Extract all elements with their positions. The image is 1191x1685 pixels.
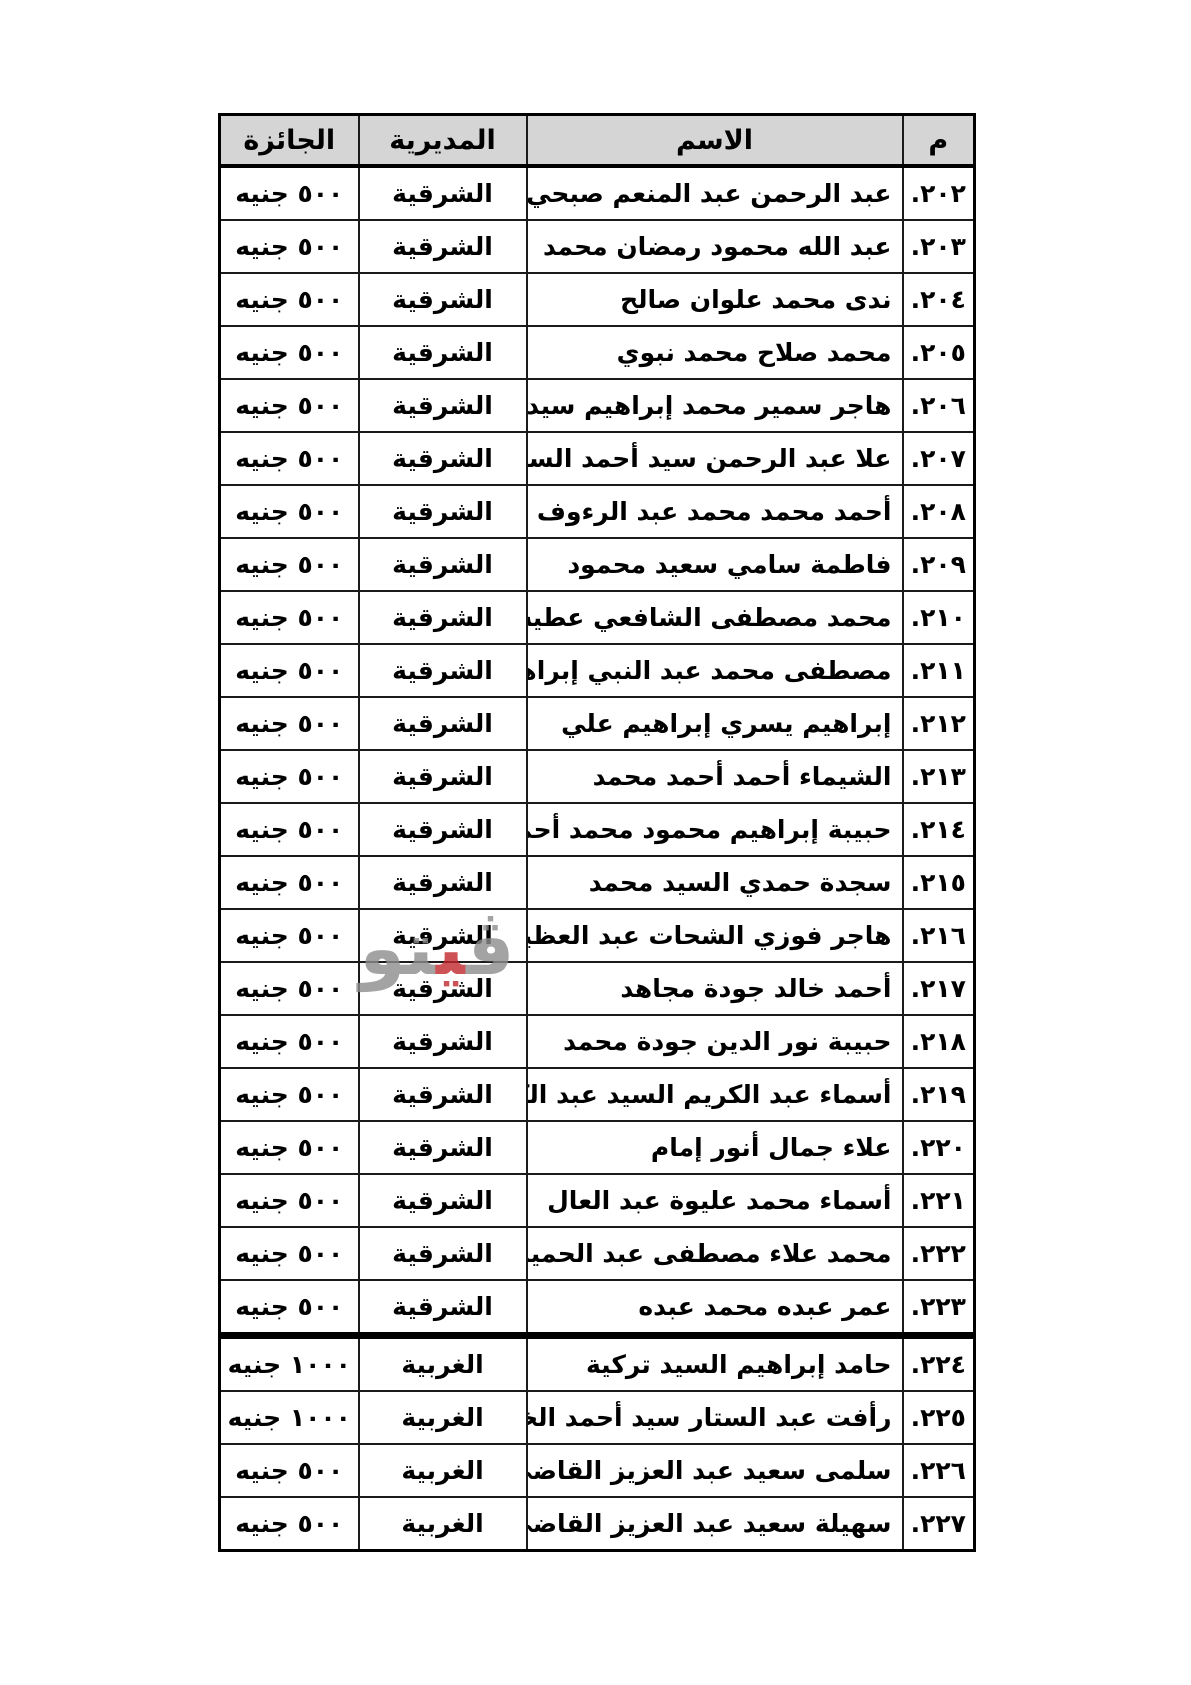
table-row: ٢٠٣. عبد الله محمود رمضان محمد الشرقية ٥…: [220, 220, 975, 273]
table-row: ٢١٢. إبراهيم يسري إبراهيم علي الشرقية ٥٠…: [220, 697, 975, 750]
table-row: ٢٠٩. فاطمة سامي سعيد محمود الشرقية ٥٠٠ ج…: [220, 538, 975, 591]
table-row: ٢١٤. حبيبة إبراهيم محمود محمد أحمد الشرق…: [220, 803, 975, 856]
header-directorate: المديرية: [359, 115, 527, 167]
directorate-cell: الشرقية: [359, 644, 527, 697]
table-row: ٢١٩. أسماء عبد الكريم السيد عبد الكريم ا…: [220, 1068, 975, 1121]
prize-cell: ٥٠٠ جنيه: [220, 909, 359, 962]
directorate-cell: الشرقية: [359, 1280, 527, 1336]
name-cell: عمر عبده محمد عبده: [527, 1280, 903, 1336]
directorate-cell: الشرقية: [359, 962, 527, 1015]
directorate-cell: الشرقية: [359, 1068, 527, 1121]
table-row: ٢١١. مصطفى محمد عبد النبي إبراهيم الشرقي…: [220, 644, 975, 697]
table-row: ٢٢٥. رأفت عبد الستار سيد أحمد الخطيب الغ…: [220, 1391, 975, 1444]
prize-cell: ٥٠٠ جنيه: [220, 644, 359, 697]
row-number-cell: ٢٠٢.: [903, 166, 975, 220]
name-cell: محمد علاء مصطفى عبد الحميد: [527, 1227, 903, 1280]
table-row: ٢٢٠. علاء جمال أنور إمام الشرقية ٥٠٠ جني…: [220, 1121, 975, 1174]
prize-cell: ٥٠٠ جنيه: [220, 750, 359, 803]
row-number-cell: ٢٠٦.: [903, 379, 975, 432]
directorate-cell: الشرقية: [359, 1227, 527, 1280]
header-number: م: [903, 115, 975, 167]
prize-cell: ٥٠٠ جنيه: [220, 538, 359, 591]
directorate-cell: الشرقية: [359, 432, 527, 485]
name-cell: علاء جمال أنور إمام: [527, 1121, 903, 1174]
table-row: ٢١٨. حبيبة نور الدين جودة محمد الشرقية ٥…: [220, 1015, 975, 1068]
prize-cell: ٥٠٠ جنيه: [220, 856, 359, 909]
directorate-cell: الشرقية: [359, 485, 527, 538]
name-cell: سهيلة سعيد عبد العزيز القاضي: [527, 1497, 903, 1551]
name-cell: سلمى سعيد عبد العزيز القاضي: [527, 1444, 903, 1497]
row-number-cell: ٢١٩.: [903, 1068, 975, 1121]
prize-cell: ١٠٠٠ جنيه: [220, 1336, 359, 1392]
directorate-cell: الغربية: [359, 1391, 527, 1444]
name-cell: الشيماء أحمد أحمد محمد: [527, 750, 903, 803]
prize-cell: ٥٠٠ جنيه: [220, 1174, 359, 1227]
prize-cell: ٥٠٠ جنيه: [220, 962, 359, 1015]
prize-cell: ٥٠٠ جنيه: [220, 591, 359, 644]
name-cell: عبد الله محمود رمضان محمد: [527, 220, 903, 273]
table-row: ٢٢٧. سهيلة سعيد عبد العزيز القاضي الغربي…: [220, 1497, 975, 1551]
directorate-cell: الشرقية: [359, 803, 527, 856]
row-number-cell: ٢٢٧.: [903, 1497, 975, 1551]
row-number-cell: ٢١٥.: [903, 856, 975, 909]
row-number-cell: ٢٠٧.: [903, 432, 975, 485]
row-number-cell: ٢٢٦.: [903, 1444, 975, 1497]
name-cell: هاجر سمير محمد إبراهيم سيد: [527, 379, 903, 432]
name-cell: فاطمة سامي سعيد محمود: [527, 538, 903, 591]
row-number-cell: ٢٠٨.: [903, 485, 975, 538]
row-number-cell: ٢٢١.: [903, 1174, 975, 1227]
prize-cell: ٥٠٠ جنيه: [220, 166, 359, 220]
prize-winners-table: م الاسم المديرية الجائزة ٢٠٢. عبد الرحمن…: [218, 113, 976, 1552]
directorate-cell: الغربية: [359, 1444, 527, 1497]
row-number-cell: ٢١٣.: [903, 750, 975, 803]
prize-cell: ٥٠٠ جنيه: [220, 326, 359, 379]
directorate-cell: الشرقية: [359, 1174, 527, 1227]
prize-cell: ١٠٠٠ جنيه: [220, 1391, 359, 1444]
table-row: ٢١٣. الشيماء أحمد أحمد محمد الشرقية ٥٠٠ …: [220, 750, 975, 803]
row-number-cell: ٢١٧.: [903, 962, 975, 1015]
prize-cell: ٥٠٠ جنيه: [220, 1121, 359, 1174]
table-row: ٢٢٣. عمر عبده محمد عبده الشرقية ٥٠٠ جنيه: [220, 1280, 975, 1336]
name-cell: ندى محمد علوان صالح: [527, 273, 903, 326]
table-row: ٢١٥. سجدة حمدي السيد محمد الشرقية ٥٠٠ جن…: [220, 856, 975, 909]
prize-cell: ٥٠٠ جنيه: [220, 1444, 359, 1497]
row-number-cell: ٢١٤.: [903, 803, 975, 856]
row-number-cell: ٢٢٣.: [903, 1280, 975, 1336]
prize-cell: ٥٠٠ جنيه: [220, 273, 359, 326]
prize-cell: ٥٠٠ جنيه: [220, 220, 359, 273]
table-row: ٢٢١. أسماء محمد عليوة عبد العال الشرقية …: [220, 1174, 975, 1227]
prize-cell: ٥٠٠ جنيه: [220, 1497, 359, 1551]
directorate-cell: الشرقية: [359, 166, 527, 220]
directorate-cell: الشرقية: [359, 326, 527, 379]
name-cell: محمد صلاح محمد نبوي: [527, 326, 903, 379]
prize-cell: ٥٠٠ جنيه: [220, 379, 359, 432]
name-cell: إبراهيم يسري إبراهيم علي: [527, 697, 903, 750]
directorate-cell: الشرقية: [359, 379, 527, 432]
row-number-cell: ٢١٨.: [903, 1015, 975, 1068]
table-row: ٢١٠. محمد مصطفى الشافعي عطية الشرقية ٥٠٠…: [220, 591, 975, 644]
document-page: م الاسم المديرية الجائزة ٢٠٢. عبد الرحمن…: [0, 0, 1191, 1685]
row-number-cell: ٢١٢.: [903, 697, 975, 750]
prize-cell: ٥٠٠ جنيه: [220, 432, 359, 485]
table-row: ٢٠٧. علا عبد الرحمن سيد أحمد السيد الشرق…: [220, 432, 975, 485]
prize-cell: ٥٠٠ جنيه: [220, 485, 359, 538]
prize-cell: ٥٠٠ جنيه: [220, 1280, 359, 1336]
name-cell: أحمد محمد محمد عبد الرءوف: [527, 485, 903, 538]
directorate-cell: الشرقية: [359, 273, 527, 326]
directorate-cell: الغربية: [359, 1497, 527, 1551]
row-number-cell: ٢٢٠.: [903, 1121, 975, 1174]
name-cell: أحمد خالد جودة مجاهد: [527, 962, 903, 1015]
prize-cell: ٥٠٠ جنيه: [220, 1015, 359, 1068]
name-cell: حبيبة إبراهيم محمود محمد أحمد: [527, 803, 903, 856]
directorate-cell: الشرقية: [359, 591, 527, 644]
row-number-cell: ٢١٦.: [903, 909, 975, 962]
name-cell: مصطفى محمد عبد النبي إبراهيم: [527, 644, 903, 697]
table-row: ٢٠٤. ندى محمد علوان صالح الشرقية ٥٠٠ جني…: [220, 273, 975, 326]
name-cell: رأفت عبد الستار سيد أحمد الخطيب: [527, 1391, 903, 1444]
row-number-cell: ٢٠٥.: [903, 326, 975, 379]
prize-cell: ٥٠٠ جنيه: [220, 803, 359, 856]
row-number-cell: ٢٠٣.: [903, 220, 975, 273]
name-cell: حبيبة نور الدين جودة محمد: [527, 1015, 903, 1068]
name-cell: حامد إبراهيم السيد تركية: [527, 1336, 903, 1392]
table-row: ٢٢٢. محمد علاء مصطفى عبد الحميد الشرقية …: [220, 1227, 975, 1280]
table-row: ٢٢٦. سلمى سعيد عبد العزيز القاضي الغربية…: [220, 1444, 975, 1497]
name-cell: أسماء عبد الكريم السيد عبد الكريم: [527, 1068, 903, 1121]
row-number-cell: ٢٢٥.: [903, 1391, 975, 1444]
directorate-cell: الشرقية: [359, 697, 527, 750]
directorate-cell: الشرقية: [359, 538, 527, 591]
name-cell: سجدة حمدي السيد محمد: [527, 856, 903, 909]
name-cell: هاجر فوزي الشحات عبد العظيم: [527, 909, 903, 962]
row-number-cell: ٢٢٢.: [903, 1227, 975, 1280]
row-number-cell: ٢١٠.: [903, 591, 975, 644]
table-header-row: م الاسم المديرية الجائزة: [220, 115, 975, 167]
directorate-cell: الشرقية: [359, 220, 527, 273]
table-row: ٢٠٦. هاجر سمير محمد إبراهيم سيد الشرقية …: [220, 379, 975, 432]
directorate-cell: الشرقية: [359, 1121, 527, 1174]
directorate-cell: الشرقية: [359, 1015, 527, 1068]
directorate-cell: الشرقية: [359, 750, 527, 803]
directorate-cell: الغربية: [359, 1336, 527, 1392]
directorate-cell: الشرقية: [359, 856, 527, 909]
row-number-cell: ٢١١.: [903, 644, 975, 697]
directorate-cell: الشرقية: [359, 909, 527, 962]
header-prize: الجائزة: [220, 115, 359, 167]
name-cell: أسماء محمد عليوة عبد العال: [527, 1174, 903, 1227]
row-number-cell: ٢٠٩.: [903, 538, 975, 591]
name-cell: عبد الرحمن عبد المنعم صبحي: [527, 166, 903, 220]
row-number-cell: ٢٠٤.: [903, 273, 975, 326]
name-cell: علا عبد الرحمن سيد أحمد السيد: [527, 432, 903, 485]
prize-cell: ٥٠٠ جنيه: [220, 697, 359, 750]
table-row: ٢٠٥. محمد صلاح محمد نبوي الشرقية ٥٠٠ جني…: [220, 326, 975, 379]
prize-cell: ٥٠٠ جنيه: [220, 1068, 359, 1121]
row-number-cell: ٢٢٤.: [903, 1336, 975, 1392]
prize-cell: ٥٠٠ جنيه: [220, 1227, 359, 1280]
table-row: ٢٠٢. عبد الرحمن عبد المنعم صبحي الشرقية …: [220, 166, 975, 220]
name-cell: محمد مصطفى الشافعي عطية: [527, 591, 903, 644]
header-name: الاسم: [527, 115, 903, 167]
table-row: ٢١٦. هاجر فوزي الشحات عبد العظيم الشرقية…: [220, 909, 975, 962]
table-row: ٢١٧. أحمد خالد جودة مجاهد الشرقية ٥٠٠ جن…: [220, 962, 975, 1015]
table-row: ٢٠٨. أحمد محمد محمد عبد الرءوف الشرقية ٥…: [220, 485, 975, 538]
table-row: ٢٢٤. حامد إبراهيم السيد تركية الغربية ١٠…: [220, 1336, 975, 1392]
